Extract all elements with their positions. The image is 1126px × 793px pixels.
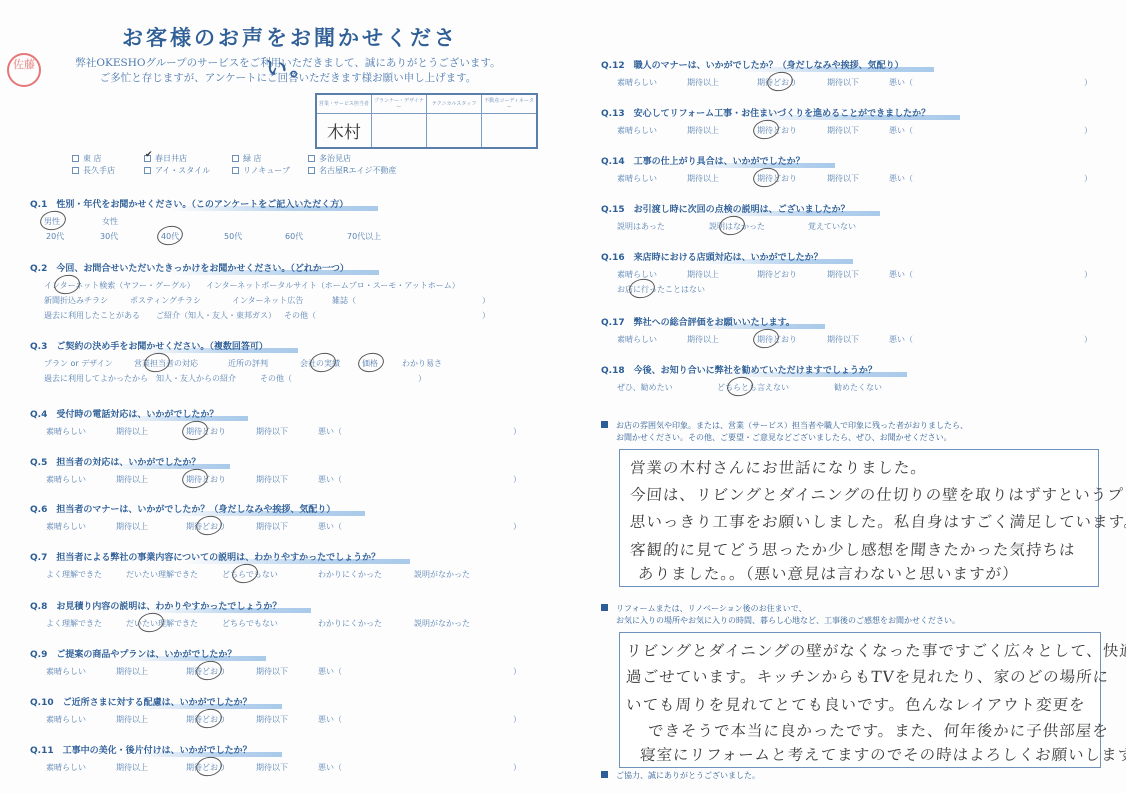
option-above-expectations[interactable]: 期待以上	[116, 521, 186, 532]
option-below-expectations[interactable]: 期待以下	[827, 125, 889, 136]
intro-text: 弊社OKESHOグループのサービスをご利用いただきまして、誠にありがとうございま…	[48, 56, 528, 86]
option-good-past-experience[interactable]: 過去に利用してよかったから	[44, 373, 156, 384]
option-definitely-recommend[interactable]: ぜひ、勧めたい	[617, 382, 717, 393]
intro-line-2: ご多忙と存じますが、アンケートにご回答いただきます様お願い申し上げます。	[48, 71, 528, 86]
option-newspaper-flyer[interactable]: 新聞折込みチラシ	[44, 295, 130, 306]
bullet-square-icon	[601, 421, 608, 428]
option-above-expectations[interactable]: 期待以上	[116, 426, 186, 437]
store-label: 長久手店	[83, 165, 115, 176]
question-8: Q.8お見積り内容の説明は、わかりやすかったでしょうか？ よく理解できた だいた…	[30, 594, 510, 629]
store-label: アイ・スタイル	[155, 165, 210, 176]
option-bad[interactable]: 悪い（	[889, 269, 1084, 280]
comment-line: 寝室にリフォームと考えてますのでその時はよろしくお願いします。	[639, 743, 1126, 765]
close-paren: ）	[513, 666, 521, 677]
option-age-30[interactable]: 30代	[100, 231, 161, 242]
option-age-20[interactable]: 20代	[46, 231, 100, 242]
store-label: 緑 店	[243, 153, 262, 164]
question-13: Q.13安心してリフォーム工事・お住まいづくりを進めることができましたか？ 素晴…	[601, 101, 1092, 136]
store-label: 名古屋Rエイジ不動産	[319, 165, 397, 176]
option-above-expectations[interactable]: 期待以上	[116, 714, 186, 725]
option-other[interactable]: その他（	[260, 373, 418, 384]
bullet-square-icon	[601, 771, 608, 778]
question-title: Q.18今後、お知り合いに弊社を勧めていただけますでしょうか？	[601, 363, 907, 376]
question-title: Q.10ご近所さまに対する配慮は、いかがでしたか？	[30, 695, 282, 708]
option-as-expected[interactable]: 期待どおり	[757, 125, 827, 136]
question-title: Q.16来店時における店頭対応は、いかがでしたか？	[601, 250, 853, 263]
bullet-square-icon	[601, 604, 608, 611]
close-paren: ）	[418, 373, 426, 384]
option-above-expectations[interactable]: 期待以上	[116, 474, 186, 485]
option-not-explained[interactable]: 説明はなかった	[709, 221, 808, 232]
option-bad[interactable]: 悪い（	[318, 666, 513, 677]
option-dont-remember[interactable]: 覚えていない	[808, 221, 856, 232]
option-neutral[interactable]: どちらでもない	[222, 569, 318, 580]
option-female[interactable]: 女性	[102, 216, 118, 227]
store-option[interactable]: 長久手店	[72, 165, 144, 176]
close-paren: ）	[513, 714, 521, 725]
store-option[interactable]: アイ・スタイル	[144, 165, 232, 176]
option-below-expectations[interactable]: 期待以下	[256, 714, 318, 725]
question-2: Q.2今回、お問合せいただいたきっかけをお聞かせください。（どれか一つ） インタ…	[30, 256, 490, 321]
store-checklist: 東 店 春日井店 緑 店 多治見店 長久手店 アイ・スタイル リノキューブ 名古…	[72, 152, 428, 176]
after-reform-prompt: リフォームまたは、リノベーション後のお住まいで、 お気に入りの場所やお気に入りの…	[601, 603, 960, 627]
option-bad[interactable]: 悪い（	[889, 334, 1084, 345]
store-option[interactable]: 名古屋Rエイジ不動産	[308, 165, 428, 176]
option-as-expected[interactable]: 期待どおり	[186, 762, 256, 773]
close-paren: ）	[1084, 77, 1092, 88]
option-below-expectations[interactable]: 期待以下	[827, 334, 889, 345]
staff-header-realestate: 不動産コーディネーター	[482, 94, 537, 113]
option-bad[interactable]: 悪い（	[318, 474, 513, 485]
close-paren: ）	[513, 521, 521, 532]
question-16: Q.16来店時における店頭対応は、いかがでしたか？ 素晴らしい 期待以上 期待ど…	[601, 245, 1092, 295]
option-age-60[interactable]: 60代	[285, 231, 347, 242]
store-label: 多治見店	[319, 153, 351, 164]
option-clarity[interactable]: わかり易さ	[402, 358, 442, 369]
store-option[interactable]: 多治見店	[308, 153, 428, 164]
staff-header-technical: テクニカルスタッフ	[427, 94, 482, 113]
close-paren: ）	[482, 310, 490, 321]
option-excellent[interactable]: 素晴らしい	[46, 714, 116, 725]
option-below-expectations[interactable]: 期待以下	[827, 173, 889, 184]
seal-stamp-icon: 佐藤	[7, 53, 41, 87]
impression-comment-box[interactable]: 営業の木村さんにお世話になりました。 今回は、リビングとダイニングの仕切りの壁を…	[619, 449, 1099, 587]
comment-line: 営業の木村さんにお世話になりました。	[629, 456, 928, 478]
question-title: Q.4受付時の電話対応は、いかがでしたか？	[30, 407, 248, 420]
option-male[interactable]: 男性	[44, 216, 102, 227]
question-title: Q.11工事中の美化・後片付けは、いかがでしたか？	[30, 743, 282, 756]
option-excellent[interactable]: 素晴らしい	[617, 269, 687, 280]
option-above-expectations[interactable]: 期待以上	[116, 666, 186, 677]
option-bad[interactable]: 悪い（	[318, 762, 513, 773]
checkbox[interactable]	[308, 167, 315, 174]
option-referral[interactable]: ご紹介（知人・友人・東邦ガス）	[156, 310, 284, 321]
question-title: Q.2今回、お問合せいただいたきっかけをお聞かせください。（どれか一つ）	[30, 261, 379, 274]
close-paren: ）	[513, 474, 521, 485]
option-below-expectations[interactable]: 期待以下	[827, 77, 889, 88]
question-title: Q.3ご契約の決め手をお聞かせください。（複数回答可）	[30, 339, 298, 352]
checkbox[interactable]	[232, 167, 239, 174]
question-15: Q.15お引渡し時に次回の点検の説明は、ございましたか？ 説明はあった 説明はな…	[601, 197, 880, 232]
option-bad[interactable]: 悪い（	[318, 426, 513, 437]
staff-value-sales[interactable]: 木村	[316, 113, 371, 148]
option-as-expected[interactable]: 期待どおり	[757, 77, 827, 88]
option-neighborhood-reputation[interactable]: 近所の評判	[228, 358, 300, 369]
option-as-expected[interactable]: 期待どおり	[186, 474, 256, 485]
option-mostly-understood[interactable]: だいたい理解できた	[126, 618, 222, 629]
option-no-explanation[interactable]: 説明がなかった	[414, 569, 510, 580]
checkbox[interactable]	[308, 155, 315, 162]
close-paren: ）	[1084, 125, 1092, 136]
option-other[interactable]: その他（	[284, 310, 482, 321]
staff-header-planner: プランナー・デザイナー	[371, 94, 426, 113]
option-excellent[interactable]: 素晴らしい	[617, 334, 687, 345]
store-label: 春日井店	[155, 153, 187, 164]
comment-line: できそうで本当に良かったです。また、何年後かに子供部屋を	[647, 719, 1109, 741]
question-10: Q.10ご近所さまに対する配慮は、いかがでしたか？ 素晴らしい 期待以上 期待ど…	[30, 690, 521, 725]
question-title: Q.8お見積り内容の説明は、わかりやすかったでしょうか？	[30, 599, 311, 612]
staff-header-sales: 営業・サービス担当者	[316, 94, 371, 113]
option-above-expectations[interactable]: 期待以上	[687, 125, 757, 136]
after-reform-comment-box[interactable]: リビングとダイニングの壁がなくなった事ですごく広々として、快適に 過ごせています…	[619, 632, 1101, 768]
option-price[interactable]: 価格	[362, 358, 402, 369]
question-17: Q.17弊社への総合評価をお願いいたします。 素晴らしい 期待以上 期待どおり …	[601, 310, 1092, 345]
option-excellent[interactable]: 素晴らしい	[46, 521, 116, 532]
option-above-expectations[interactable]: 期待以上	[687, 173, 757, 184]
close-paren: ）	[513, 426, 521, 437]
option-above-expectations[interactable]: 期待以上	[687, 269, 757, 280]
close-paren: ）	[1084, 334, 1092, 345]
option-internet-ad[interactable]: インターネット広告	[232, 295, 332, 306]
prompt-line-2: お聞かせください。その他、ご要望・ご意見などございましたら、ぜひ、お聞かせくださ…	[601, 432, 968, 444]
comment-line: リビングとダイニングの壁がなくなった事ですごく広々として、快適に	[625, 639, 1126, 661]
comment-line: ありました。。（悪い意見は言わないと思いますが）	[637, 562, 1019, 584]
question-12: Q.12職人のマナーは、いかがでしたか？（身だしなみや挨拶、気配り） 素晴らしい…	[601, 53, 1092, 88]
survey-page: お客様のお声をお聞かせください。 佐藤 弊社OKESHOグループのサービスをご利…	[0, 0, 1126, 793]
option-sales-staff[interactable]: 営業担当者の対応	[134, 358, 228, 369]
option-as-expected[interactable]: 期待どおり	[186, 666, 256, 677]
staff-value-technical[interactable]	[427, 113, 482, 148]
option-bad[interactable]: 悪い（	[889, 77, 1084, 88]
impression-prompt: お店の雰囲気や印象。または、営業（サービス）担当者や職人で印象に残った者がおりま…	[601, 420, 968, 444]
option-plan-design[interactable]: プラン or デザイン	[44, 358, 134, 369]
prompt-line-2: お気に入りの場所やお気に入りの時間、暮らし心地など、工事後のご感想をお聞かせくだ…	[601, 615, 960, 627]
comment-line: 過ごせています。キッチンからもTVを見れたり、家のどの場所に	[625, 665, 1110, 687]
option-portal-site[interactable]: インターネットポータルサイト（ホームプロ・スーモ・アットホーム）	[206, 280, 460, 291]
option-below-expectations[interactable]: 期待以下	[256, 666, 318, 677]
option-hard-to-understand[interactable]: わかりにくかった	[318, 569, 414, 580]
prompt-line-1: リフォームまたは、リノベーション後のお住まいで、	[616, 604, 806, 613]
option-past-use[interactable]: 過去に利用したことがある	[44, 310, 156, 321]
option-as-expected[interactable]: 期待どおり	[757, 269, 827, 280]
question-9: Q.9ご提案の商品やプランは、いかがでしたか？ 素晴らしい 期待以上 期待どおり…	[30, 642, 521, 677]
option-neutral[interactable]: どちらでもない	[222, 618, 318, 629]
question-6: Q.6担当者のマナーは、いかがでしたか？（身だしなみや挨拶、気配り） 素晴らしい…	[30, 497, 521, 532]
option-excellent[interactable]: 素晴らしい	[617, 125, 687, 136]
question-title: Q.17弊社への総合評価をお願いいたします。	[601, 315, 825, 328]
staff-value-realestate[interactable]	[482, 113, 537, 148]
store-label: 東 店	[83, 153, 102, 164]
question-title: Q.14工事の仕上がり具合は、いかがでしたか？	[601, 154, 835, 167]
checkbox[interactable]	[232, 155, 239, 162]
thanks-note: ご協力、誠にありがとうございました。	[601, 770, 760, 782]
question-7: Q.7担当者による弊社の事業内容についての説明は、わかりやすかったでしょうか？ …	[30, 545, 510, 580]
question-3: Q.3ご契約の決め手をお聞かせください。（複数回答可） プラン or デザイン …	[30, 334, 442, 384]
store-label: リノキューブ	[243, 165, 290, 176]
option-bad[interactable]: 悪い（	[889, 173, 1084, 184]
question-5: Q.5担当者の対応は、いかがでしたか？ 素晴らしい 期待以上 期待どおり 期待以…	[30, 450, 521, 485]
comment-line: いても周りを見れてとても良いです。色んなレイアウト変更を	[625, 693, 1086, 715]
option-excellent[interactable]: 素晴らしい	[46, 474, 116, 485]
option-magazine[interactable]: 雑誌（	[332, 295, 482, 306]
option-above-expectations[interactable]: 期待以上	[116, 762, 186, 773]
question-14: Q.14工事の仕上がり具合は、いかがでしたか？ 素晴らしい 期待以上 期待どおり…	[601, 149, 1092, 184]
close-paren: ）	[482, 295, 490, 306]
option-age-50[interactable]: 50代	[224, 231, 285, 242]
question-18: Q.18今後、お知り合いに弊社を勧めていただけますでしょうか？ ぜひ、勧めたい …	[601, 358, 907, 393]
option-bad[interactable]: 悪い（	[889, 125, 1084, 136]
option-company-track-record[interactable]: 会社の実績	[300, 358, 362, 369]
option-excellent[interactable]: 素晴らしい	[46, 762, 116, 773]
option-age-70plus[interactable]: 70代以上	[347, 231, 381, 242]
store-option[interactable]: リノキューブ	[232, 165, 308, 176]
option-as-expected[interactable]: 期待どおり	[757, 173, 827, 184]
option-below-expectations[interactable]: 期待以下	[256, 426, 318, 437]
option-below-expectations[interactable]: 期待以下	[256, 762, 318, 773]
thanks-text: ご協力、誠にありがとうございました。	[616, 771, 760, 780]
option-never-visited-store[interactable]: お店に行ったことはない	[617, 284, 709, 295]
option-as-expected[interactable]: 期待どおり	[186, 426, 256, 437]
option-as-expected[interactable]: 期待どおり	[186, 714, 256, 725]
option-posting-flyer[interactable]: ポスティングチラシ	[130, 295, 232, 306]
option-excellent[interactable]: 素晴らしい	[46, 666, 116, 677]
option-age-40[interactable]: 40代	[161, 231, 224, 242]
question-title: Q.12職人のマナーは、いかがでしたか？（身だしなみや挨拶、気配り）	[601, 58, 934, 71]
comment-line: 今回は、リビングとダイニングの仕切りの壁を取りはずすというプランを	[629, 483, 1126, 505]
staff-table: 営業・サービス担当者 プランナー・デザイナー テクニカルスタッフ 不動産コーディ…	[315, 93, 538, 149]
option-as-expected[interactable]: 期待どおり	[757, 334, 827, 345]
checkbox[interactable]	[72, 167, 79, 174]
question-title: Q.5担当者の対応は、いかがでしたか？	[30, 455, 230, 468]
question-title: Q.15お引渡し時に次回の点検の説明は、ございましたか？	[601, 202, 880, 215]
option-explained[interactable]: 説明はあった	[617, 221, 709, 232]
question-1: Q.1性別・年代をお聞かせください。（このアンケートをご記入いただく方） 男性 …	[30, 192, 381, 242]
option-acquaintance-referral[interactable]: 知人・友人からの紹介	[156, 373, 260, 384]
option-below-expectations[interactable]: 期待以下	[827, 269, 889, 280]
intro-line-1: 弊社OKESHOグループのサービスをご利用いただきまして、誠にありがとうございま…	[48, 56, 528, 71]
store-option[interactable]: 東 店	[72, 153, 144, 164]
question-11: Q.11工事中の美化・後片付けは、いかがでしたか？ 素晴らしい 期待以上 期待ど…	[30, 738, 521, 773]
question-title: Q.13安心してリフォーム工事・お住まいづくりを進めることができましたか？	[601, 106, 960, 119]
option-bad[interactable]: 悪い（	[318, 521, 513, 532]
option-as-expected[interactable]: 期待どおり	[186, 521, 256, 532]
store-option[interactable]: 春日井店	[144, 153, 232, 164]
comment-line: 客観的に見てどう思ったか少し感想を聞きたかった気持ちは	[629, 538, 1076, 560]
staff-value-planner[interactable]	[371, 113, 426, 148]
comment-line: 思いっきり工事をお願いしました。私自身はすごく満足しています。	[629, 510, 1126, 532]
option-internet-search[interactable]: インターネット検索（ヤフー・グーグル）	[44, 280, 206, 291]
option-below-expectations[interactable]: 期待以下	[256, 521, 318, 532]
option-excellent[interactable]: 素晴らしい	[617, 173, 687, 184]
option-above-expectations[interactable]: 期待以上	[687, 334, 757, 345]
question-title: Q.1性別・年代をお聞かせください。（このアンケートをご記入いただく方）	[30, 197, 378, 210]
close-paren: ）	[513, 762, 521, 773]
option-excellent[interactable]: 素晴らしい	[617, 77, 687, 88]
option-hard-to-understand[interactable]: わかりにくかった	[318, 618, 414, 629]
option-no-explanation[interactable]: 説明がなかった	[414, 618, 510, 629]
checkbox[interactable]	[144, 167, 151, 174]
option-excellent[interactable]: 素晴らしい	[46, 426, 116, 437]
close-paren: ）	[1084, 173, 1092, 184]
checkbox[interactable]	[72, 155, 79, 162]
option-mostly-understood[interactable]: だいたい理解できた	[126, 569, 222, 580]
question-title: Q.7担当者による弊社の事業内容についての説明は、わかりやすかったでしょうか？	[30, 550, 410, 563]
option-understood-well[interactable]: よく理解できた	[46, 569, 126, 580]
option-understood-well[interactable]: よく理解できた	[46, 618, 126, 629]
close-paren: ）	[1084, 269, 1092, 280]
question-4: Q.4受付時の電話対応は、いかがでしたか？ 素晴らしい 期待以上 期待どおり 期…	[30, 402, 521, 437]
prompt-line-1: お店の雰囲気や印象。または、営業（サービス）担当者や職人で印象に残った者がおりま…	[616, 421, 968, 430]
option-below-expectations[interactable]: 期待以下	[256, 474, 318, 485]
option-not-recommend[interactable]: 勧めたくない	[834, 382, 882, 393]
store-option[interactable]: 緑 店	[232, 153, 308, 164]
option-bad[interactable]: 悪い（	[318, 714, 513, 725]
option-above-expectations[interactable]: 期待以上	[687, 77, 757, 88]
option-cannot-say[interactable]: どちらとも言えない	[717, 382, 834, 393]
checkbox-checked[interactable]	[144, 155, 151, 162]
question-title: Q.9ご提案の商品やプランは、いかがでしたか？	[30, 647, 266, 660]
question-title: Q.6担当者のマナーは、いかがでしたか？（身だしなみや挨拶、気配り）	[30, 502, 365, 515]
